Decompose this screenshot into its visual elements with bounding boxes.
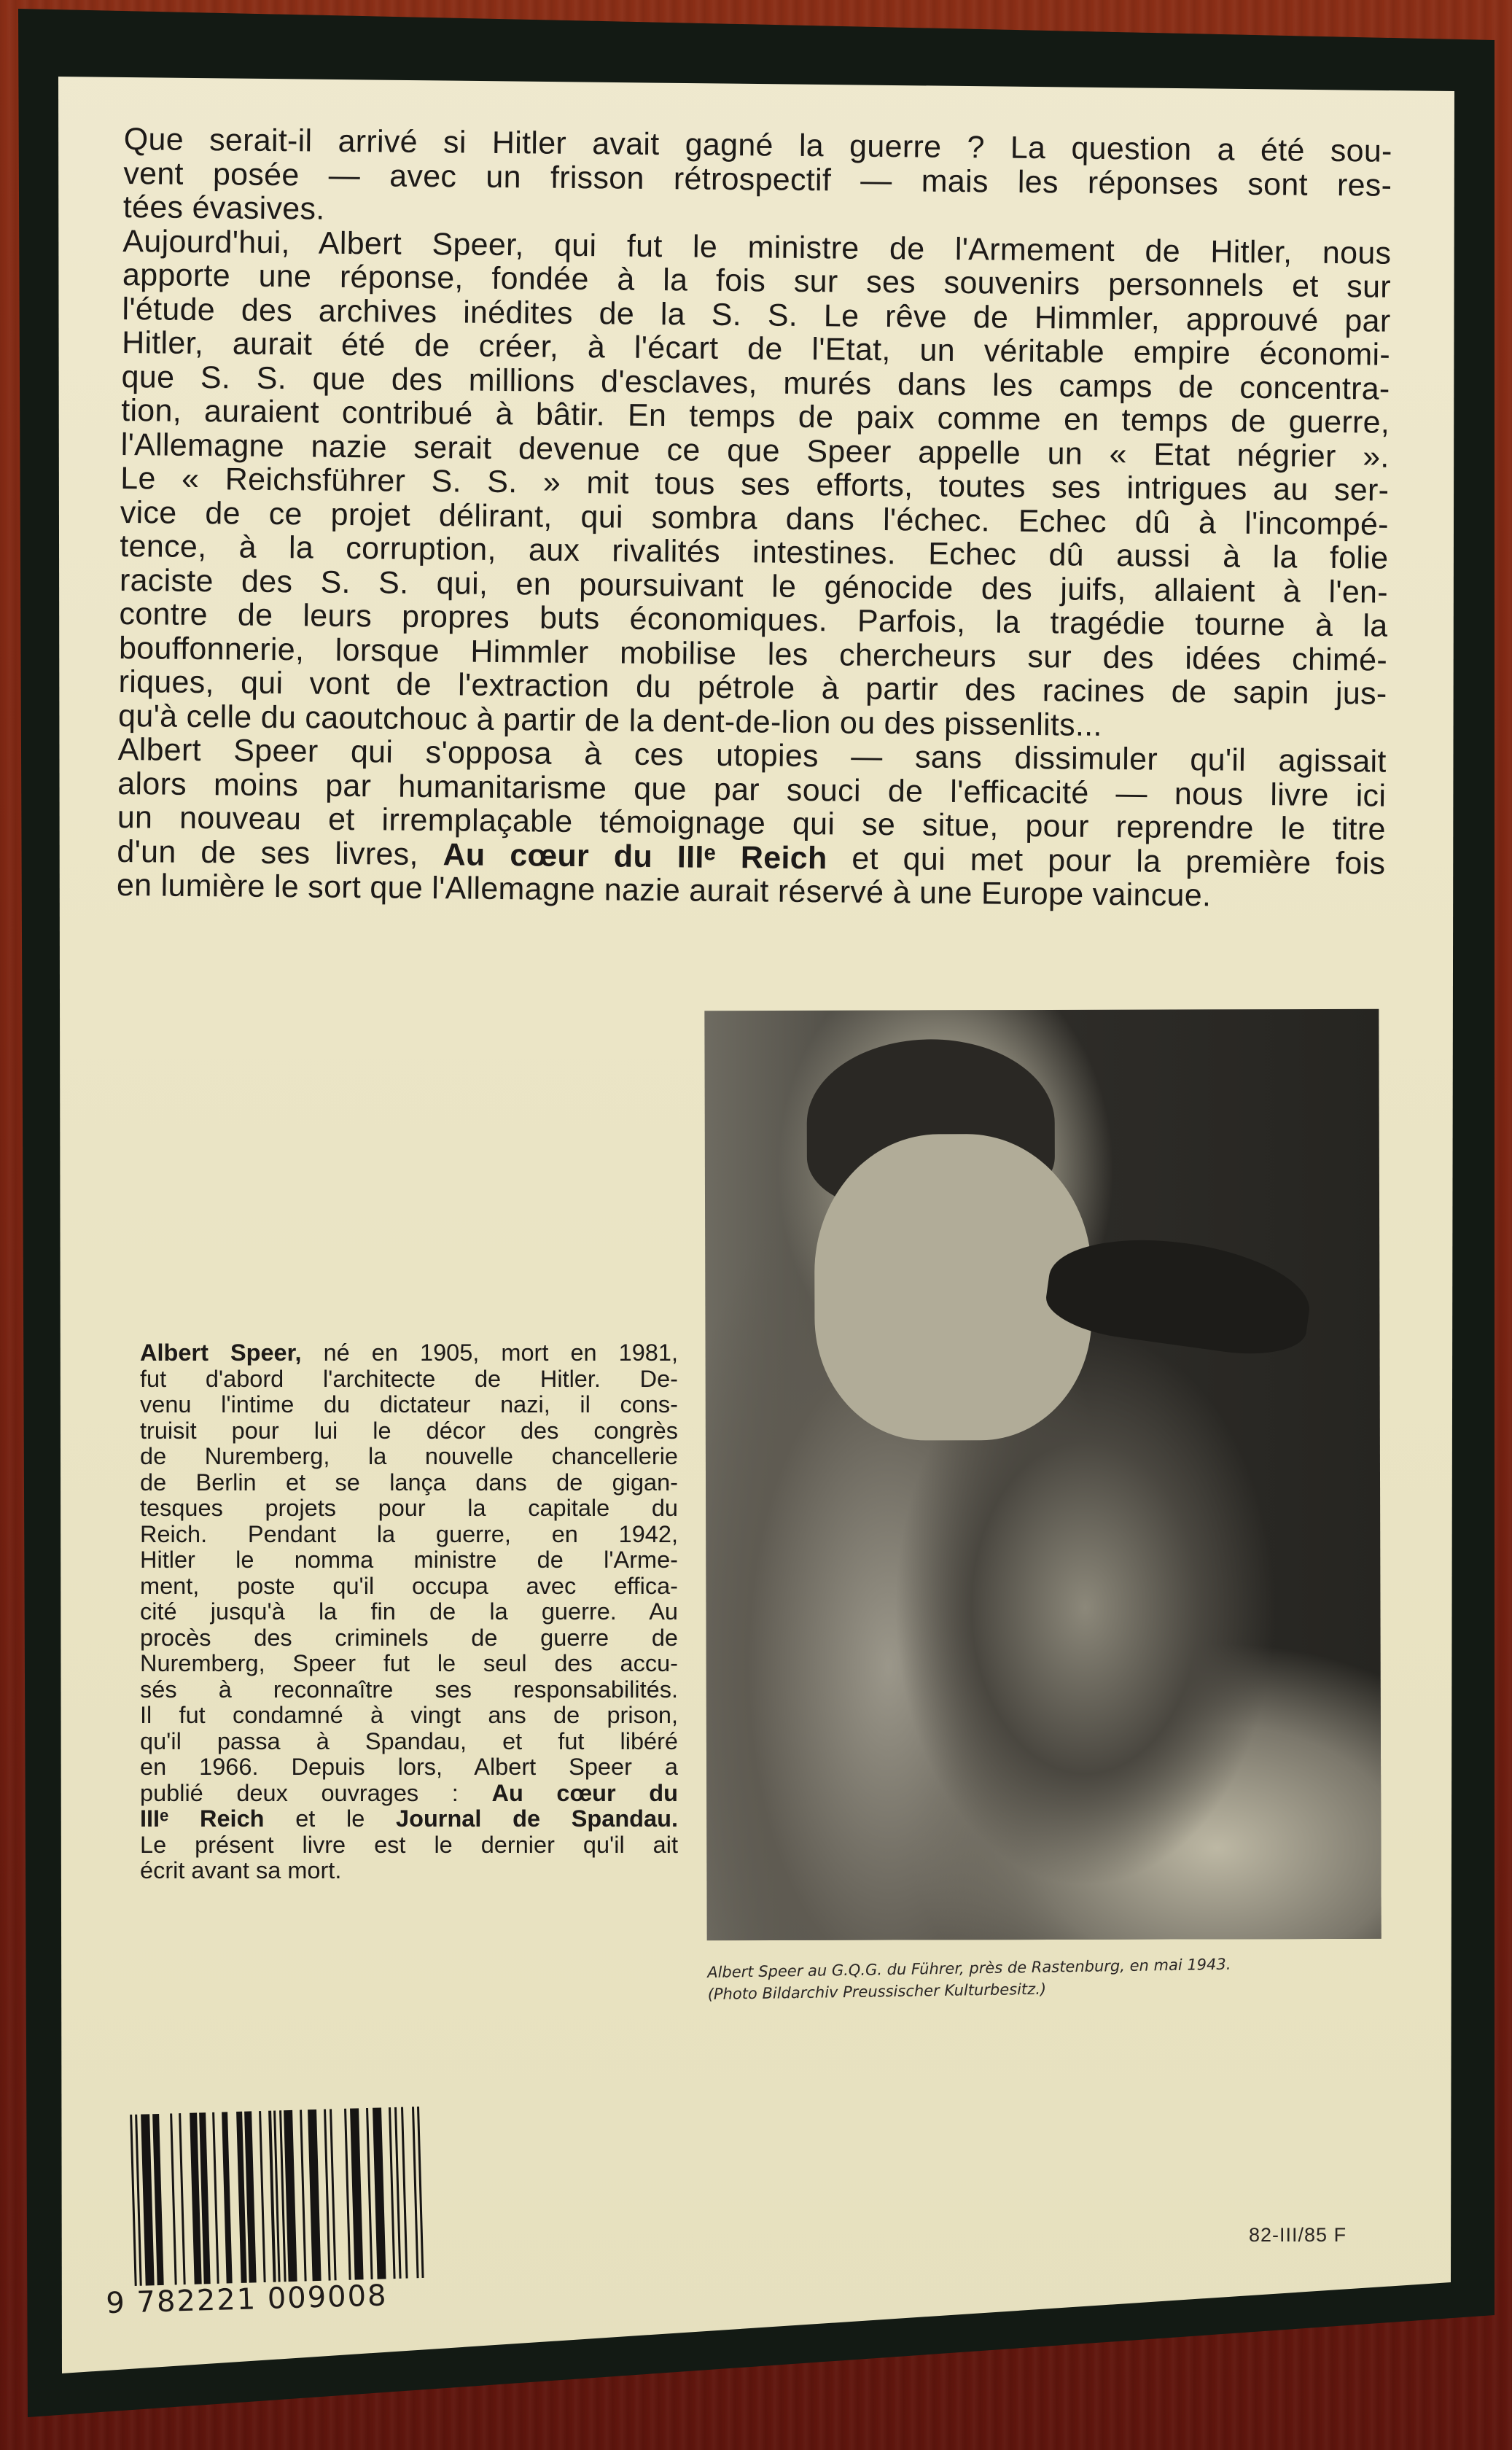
summary-text: Que serait-il arrivé si Hitler avait gag…: [117, 122, 1392, 914]
barcode-bar: [259, 2111, 266, 2282]
bio-line: en 1966. Depuis lors, Albert Speer a: [140, 1754, 678, 1781]
bio-text-fragment: publié deux ouvrages :: [140, 1780, 491, 1806]
bio-line: Le présent livre est le dernier qu'il ai…: [140, 1832, 678, 1859]
barcode-bar: [308, 2109, 322, 2281]
barcode-bar: [401, 2107, 408, 2279]
bio-line: Il fut condamné à vingt ans de prison,: [140, 1703, 678, 1729]
barcode-bar: [284, 2110, 297, 2282]
barcode-bar: [300, 2110, 307, 2282]
isbn-barcode: 9 782221 009008: [130, 2103, 419, 2293]
bio-line: IIIᵉ Reich et le Journal de Spandau.: [140, 1806, 678, 1832]
bio-line: cité jusqu'à la fin de la guerre. Au: [140, 1599, 678, 1625]
bio-line: tesques projets pour la capitale du: [140, 1496, 678, 1522]
bio-line: fut d'abord l'architecte de Hitler. De-: [140, 1366, 678, 1393]
bio-line: truisit pour lui le décor des congrès: [140, 1418, 678, 1444]
bio-line: ment, poste qu'il occupa avec effica-: [140, 1574, 678, 1600]
barcode-bar: [212, 2112, 219, 2284]
book-title-reference: Journal de Spandau.: [396, 1805, 678, 1832]
barcode-bar: [394, 2107, 402, 2279]
bio-line: Albert Speer, né en 1905, mort en 1981,: [140, 1340, 678, 1366]
barcode-bar: [141, 2114, 155, 2285]
bio-text-fragment: né en 1905, mort en 1981,: [302, 1339, 678, 1366]
barcode-bar: [373, 2107, 386, 2279]
barcode-bar: [350, 2108, 364, 2279]
book-title-reference: Au cœur du: [491, 1780, 678, 1806]
barcode-bar: [170, 2113, 177, 2284]
bio-line: de Nuremberg, la nouvelle chancellerie: [140, 1444, 678, 1470]
bio-line: Nuremberg, Speer fut le seul des accu-: [140, 1651, 678, 1677]
bio-line: venu l'intime du dictateur nazi, il cons…: [140, 1392, 678, 1418]
book-title-reference: Au cœur du IIIᵉ Reich: [443, 837, 827, 876]
bio-line: publié deux ouvrages : Au cœur du: [140, 1781, 678, 1807]
summary-text-fragment: d'un de ses livres,: [117, 833, 443, 871]
bio-line: qu'il passa à Spandau, et fut libéré: [140, 1729, 678, 1755]
bio-line: Reich. Pendant la guerre, en 1942,: [140, 1522, 678, 1548]
bio-line: Hitler le nomma ministre de l'Arme-: [140, 1547, 678, 1574]
bio-line: écrit avant sa mort.: [140, 1858, 678, 1884]
author-bio: Albert Speer, né en 1905, mort en 1981, …: [140, 1340, 678, 1884]
barcode-bar: [152, 2114, 164, 2285]
bio-text-fragment: et le: [265, 1805, 397, 1832]
bio-line: procès des criminels de guerre de: [140, 1625, 678, 1652]
barcode-bar: [330, 2109, 337, 2280]
bio-line: de Berlin et se lança dans de gigan-: [140, 1470, 678, 1496]
barcode-bars: [130, 2103, 419, 2286]
historical-photo: [704, 1009, 1381, 1940]
bio-line: sés à reconnaître ses responsabilités.: [140, 1677, 678, 1703]
book-title-reference: IIIᵉ Reich: [140, 1805, 265, 1832]
barcode-bar: [222, 2112, 233, 2283]
photo-caption: Albert Speer au G.Q.G. du Führer, près d…: [707, 1951, 1393, 2005]
isbn-digits: 9 782221 009008: [106, 2279, 388, 2320]
barcode-bar: [366, 2108, 373, 2279]
catalog-code: 82-III/85 F: [1249, 2224, 1347, 2247]
barcode-bar: [179, 2113, 186, 2284]
back-cover-content: Que serait-il arrivé si Hitler avait gag…: [0, 0, 1512, 2450]
author-name: Albert Speer,: [140, 1339, 302, 1366]
